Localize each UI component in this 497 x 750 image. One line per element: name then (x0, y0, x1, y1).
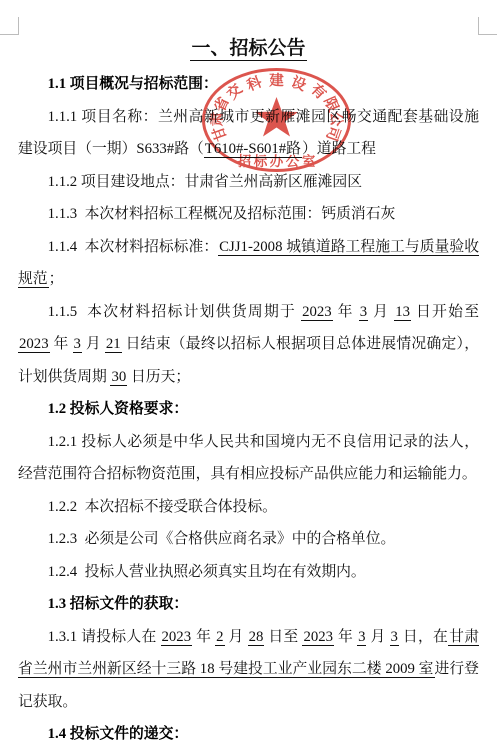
filled-blank: 13 (394, 304, 411, 321)
text-segment: 日开始至 (411, 304, 479, 320)
text-segment: 1.3 招标文件的获取： (48, 596, 189, 612)
text-segment: 1.1.3 本次材料招标工程概况及招标范围：钙质消石灰 (48, 206, 396, 222)
text-segment: 1.2.3 必须是公司《合格供应商名录》中的合格单位。 (48, 531, 396, 547)
para-1-1-4: 1.1.4 本次材料招标标准：CJJ1-2008 城镇道路工程施工与质量验收规范… (18, 231, 479, 296)
filled-blank: 3 (359, 304, 368, 321)
filled-blank: 21 (105, 336, 122, 353)
text-segment: 1.2.2 本次招标不接受联合体投标。 (48, 499, 277, 515)
page-title: 一、招标公告 (18, 36, 479, 62)
text-segment: 1.1.4 本次材料招标标准： (48, 239, 219, 255)
para-1-1-3: 1.1.3 本次材料招标工程概况及招标范围：钙质消石灰 (18, 198, 479, 231)
text-segment: 月 (366, 629, 389, 645)
text-segment: 日，在 (399, 629, 448, 645)
text-segment: 1.2.4 投标人营业执照必须真实且均在有效期内。 (48, 564, 366, 580)
text-segment: 月 (368, 304, 394, 320)
filled-blank: 2023 (18, 336, 50, 353)
para-1-3-1: 1.3.1 请投标人在 2023 年 2 月 28 日至 2023 年 3 月 … (18, 621, 479, 719)
text-segment: 1.1.2 项目建设地点：甘肃省兰州高新区雁滩园区 (48, 174, 362, 190)
para-1-2-3: 1.2.3 必须是公司《合格供应商名录》中的合格单位。 (18, 523, 479, 556)
text-segment: 1.1 项目概况与招标范围： (48, 76, 218, 92)
margin-crop-mark-top-left (0, 17, 19, 35)
text-segment: 1.3.1 请投标人在 (48, 629, 161, 645)
para-1-2-2: 1.2.2 本次招标不接受联合体投标。 (18, 491, 479, 524)
section-1-2-heading: 1.2 投标人资格要求： (18, 393, 479, 426)
text-segment: 年 (333, 304, 359, 320)
filled-blank: 2023 (161, 629, 193, 646)
text-segment: 1.2.1 投标人必须是中华人民共和国境内无不良信用记录的法人，经营范围符合招标… (18, 434, 479, 483)
section-1-3-heading: 1.3 招标文件的获取： (18, 588, 479, 621)
filled-blank: 2023 (302, 629, 334, 646)
text-segment: 年 (50, 336, 73, 352)
text-segment: 年 (192, 629, 215, 645)
text-segment: 年 (334, 629, 357, 645)
filled-blank: 30 (110, 369, 127, 386)
margin-crop-mark-top-right (478, 17, 497, 35)
filled-blank: T610#-S601#路 (204, 141, 302, 158)
para-1-1-5: 1.1.5 本次材料招标计划供货周期于 2023 年 3 月 13 日开始至 2… (18, 296, 479, 394)
filled-blank: 2023 (301, 304, 333, 321)
page-title-text: 一、招标公告 (190, 38, 306, 61)
text-segment: 日至 (264, 629, 302, 645)
text-segment: 1.2 投标人资格要求： (48, 401, 189, 417)
filled-blank: 3 (73, 336, 82, 353)
document-body: 1.1 项目概况与招标范围：1.1.1 项目名称：兰州高新城市更新雁滩园区畅交通… (18, 68, 479, 750)
text-segment: 月 (225, 629, 248, 645)
para-1-2-4: 1.2.4 投标人营业执照必须真实且均在有效期内。 (18, 556, 479, 589)
text-segment: 日历天； (127, 369, 190, 385)
para-1-1-2: 1.1.2 项目建设地点：甘肃省兰州高新区雁滩园区 (18, 166, 479, 199)
text-segment: ）道路工程 (302, 141, 376, 157)
filled-blank: 3 (390, 629, 399, 646)
section-1-4-heading: 1.4 投标文件的递交： (18, 718, 479, 750)
text-segment: ； (49, 271, 64, 287)
text-segment: 月 (82, 336, 105, 352)
para-1-1-1: 1.1.1 项目名称：兰州高新城市更新雁滩园区畅交通配套基础设施建设项目（一期）… (18, 101, 479, 166)
para-1-2-1: 1.2.1 投标人必须是中华人民共和国境内无不良信用记录的法人，经营范围符合招标… (18, 426, 479, 491)
text-segment: 1.4 投标文件的递交： (48, 726, 189, 742)
document-page: 一、招标公告 1.1 项目概况与招标范围：1.1.1 项目名称：兰州高新城市更新… (0, 0, 497, 750)
section-1-1-heading: 1.1 项目概况与招标范围： (18, 68, 479, 101)
filled-blank: 28 (248, 629, 265, 646)
text-segment: 1.1.5 本次材料招标计划供货周期于 (48, 304, 302, 320)
filled-blank: 2 (215, 629, 224, 646)
